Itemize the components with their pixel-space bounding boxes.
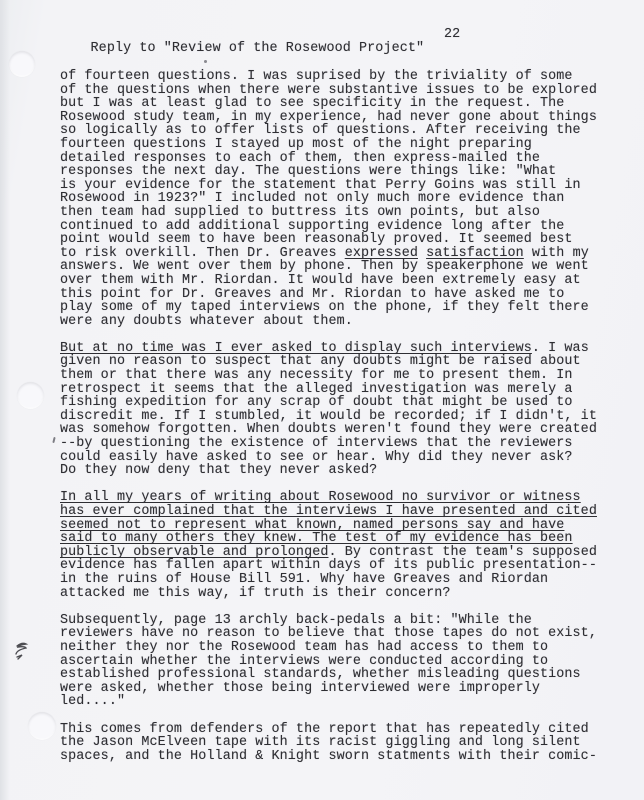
text-line: in the ruins of House Bill 591. Why have… <box>60 573 620 587</box>
text-line: this point for Dr. Greaves and Mr. Riord… <box>60 288 620 302</box>
text-line: spaces, and the Holland & Knight sworn s… <box>60 750 620 764</box>
paragraph: Subsequently, page 13 archly back-pedals… <box>60 614 620 709</box>
ink-speck <box>204 60 207 63</box>
text-line: fourteen questions I stayed up most of t… <box>60 138 620 152</box>
text-line: Rosewood study team, in my experience, h… <box>60 111 620 125</box>
text-line: has ever complained that the interviews … <box>60 505 620 519</box>
text-segment: led...." <box>60 694 125 709</box>
text-segment: were any doubts whatever about them. <box>60 314 353 329</box>
text-line: them or that there was any necessity for… <box>60 369 620 383</box>
text-line: seemed not to represent what known, name… <box>60 519 620 533</box>
text-line: responses the next day. The questions we… <box>60 165 620 179</box>
text-line: But at no time was I ever asked to displ… <box>60 342 620 356</box>
text-line: point would seem to have been reasonably… <box>60 233 620 247</box>
text-line: neither they nor the Rosewood team has h… <box>60 641 620 655</box>
text-line: play some of my taped interviews on the … <box>60 301 620 315</box>
text-line: the Jason McElveen tape with its racist … <box>60 736 620 750</box>
text-line: This comes from defenders of the report … <box>60 723 620 737</box>
text-line: were any doubts whatever about them. <box>60 315 620 329</box>
text-line: of fourteen questions. I was suprised by… <box>60 70 620 84</box>
text-line: given no reason to suspect that any doub… <box>60 355 620 369</box>
text-line: were asked, whether those being intervie… <box>60 682 620 696</box>
text-line: detailed responses to each of them, then… <box>60 152 620 166</box>
hole-punch-icon <box>17 382 44 409</box>
text-line: so logically as to offer lists of questi… <box>60 124 620 138</box>
ink-speck <box>52 437 55 443</box>
text-line: continued to add additional supporting e… <box>60 220 620 234</box>
text-line: answers. We went over them by phone. The… <box>60 260 620 274</box>
page-number: 22 <box>444 28 460 42</box>
text-line: over them with Mr. Riordan. It would hav… <box>60 274 620 288</box>
text-segment: Do they now deny that they never asked? <box>60 463 377 478</box>
text-line: but I was at least glad to see specifici… <box>60 97 620 111</box>
scanned-document-page: Reply to "Review of the Rosewood Project… <box>0 0 644 800</box>
hole-punch-icon <box>9 51 35 77</box>
text-line: to risk overkill. Then Dr. Greaves expre… <box>60 247 620 261</box>
text-line: ascertain whether the interviews were co… <box>60 655 620 669</box>
text-line: is your evidence for the statement that … <box>60 179 620 193</box>
text-line: In all my years of writing about Rosewoo… <box>60 491 620 505</box>
text-line: reviewers have no reason to believe that… <box>60 627 620 641</box>
text-line: of the questions when there were substan… <box>60 84 620 98</box>
text-line: then team had supplied to buttress its o… <box>60 206 620 220</box>
text-line: Do they now deny that they never asked? <box>60 464 620 478</box>
text-line: Subsequently, page 13 archly back-pedals… <box>60 614 620 628</box>
text-segment: were asked, whether those being intervie… <box>60 681 540 696</box>
text-line: discredit me. If I stumbled, it would be… <box>60 410 620 424</box>
text-segment: attacked me this way, if truth is their … <box>60 586 451 601</box>
text-line: fishing expedition for any scrap of doub… <box>60 396 620 410</box>
paragraph: of fourteen questions. I was suprised by… <box>60 70 620 328</box>
paragraph: In all my years of writing about Rosewoo… <box>60 491 620 600</box>
text-line: established professional standards, whet… <box>60 668 620 682</box>
text-line: said to many others they knew. The test … <box>60 532 620 546</box>
text-line: --by questioning the existence of interv… <box>60 437 620 451</box>
text-line: evidence has fallen apart within days of… <box>60 559 620 573</box>
document-title: Reply to "Review of the Rosewood Project… <box>91 41 425 56</box>
text-line: publicly observable and prolonged. By co… <box>60 546 620 560</box>
text-line: was somehow forgotten. When doubts weren… <box>60 423 620 437</box>
text-line: retrospect it seems that the alleged inv… <box>60 383 620 397</box>
pen-scribble-icon <box>12 640 30 662</box>
document-body: of fourteen questions. I was suprised by… <box>60 70 620 763</box>
hole-punch-icon <box>28 712 56 740</box>
paragraph: This comes from defenders of the report … <box>60 723 620 764</box>
text-line: attacked me this way, if truth is their … <box>60 587 620 601</box>
text-line: could easily have asked to see or hear. … <box>60 451 620 465</box>
text-segment: spaces, and the Holland & Knight sworn s… <box>60 749 597 764</box>
paragraph: But at no time was I ever asked to displ… <box>60 342 620 478</box>
text-line: led...." <box>60 695 620 709</box>
text-line: Rosewood in 1923?" I included not only m… <box>60 192 620 206</box>
scan-edge-shadow <box>0 0 10 800</box>
